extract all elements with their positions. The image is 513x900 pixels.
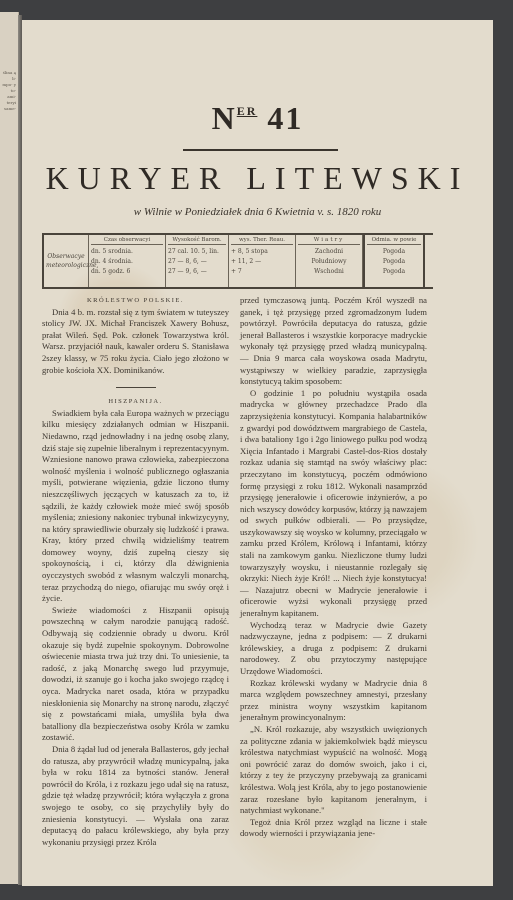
- weather-col-thermometer: wys. Ther. Reau. + 8, 5 stopa + 11, 2 — …: [229, 235, 296, 287]
- article-paragraph: Dnia 8 żądał lud od jenerała Ballasteros…: [42, 744, 229, 848]
- article-paragraph: Tegoż dnia Król przez wzgląd na liczne i…: [240, 817, 427, 840]
- right-column: przed tymczasową juntą. Poczém Król wysz…: [240, 295, 427, 840]
- weather-table: Obserwacye meteorologiczne, Czas obserwa…: [42, 233, 433, 289]
- previous-page-text: ślina ą li- mpo- y to- ami- teryi same-: [2, 70, 16, 112]
- section-separator: [116, 387, 156, 388]
- weather-col-winds: Wiatry Zachodni Południowy Wschodni: [296, 235, 363, 287]
- section-heading-spain: HISZPANIJA.: [42, 396, 229, 408]
- weather-col-barometer: Wysokość Barom. 27 cal. 10. 5, lin. 27 —…: [166, 235, 229, 287]
- issue-number: NER 41: [22, 100, 493, 137]
- weather-table-label: Obserwacye meteorologiczne,: [42, 235, 89, 287]
- dateline: w Wilnie w Poniedziałek dnia 6 Kwietnia …: [22, 206, 493, 218]
- article-paragraph: przed tymczasową juntą. Poczém Król wysz…: [240, 295, 427, 388]
- newspaper-page: NER 41 KURYER LITEWSKI w Wilnie w Ponied…: [22, 20, 493, 886]
- article-paragraph: Swieże wiadomości z Hiszpanii opisują po…: [42, 605, 229, 744]
- weather-col-time: Czas obserwacyi dn. 5 srodnia. dn. 4 śro…: [89, 235, 166, 287]
- masthead-rule: [183, 149, 338, 151]
- newspaper-title: KURYER LITEWSKI: [22, 160, 493, 197]
- weather-col-conditions: Odmia. w powie Pogoda Pogoda Pogoda: [363, 235, 425, 287]
- previous-page-edge: ślina ą li- mpo- y to- ami- teryi same-: [0, 12, 19, 884]
- left-column: KRÓLESTWO POLSKIE. Dnia 4 b. m. rozstał …: [42, 295, 229, 848]
- article-paragraph: Rozkaz królewski wydany w Madrycie dnia …: [240, 678, 427, 724]
- article-paragraph: Swiadkiem była cała Europa ważnych w prz…: [42, 408, 229, 605]
- article-paragraph: Dnia 4 b. m. rozstał się z tym światem w…: [42, 307, 229, 377]
- article-paragraph: Wychodzą teraz w Madrycie dwie Gazety na…: [240, 620, 427, 678]
- article-paragraph: „N. Król rozkazuje, aby wszystkich uwięz…: [240, 724, 427, 817]
- article-paragraph: O godzinie 1 po południu wystąpiła osada…: [240, 388, 427, 620]
- section-heading-poland: KRÓLESTWO POLSKIE.: [42, 295, 229, 307]
